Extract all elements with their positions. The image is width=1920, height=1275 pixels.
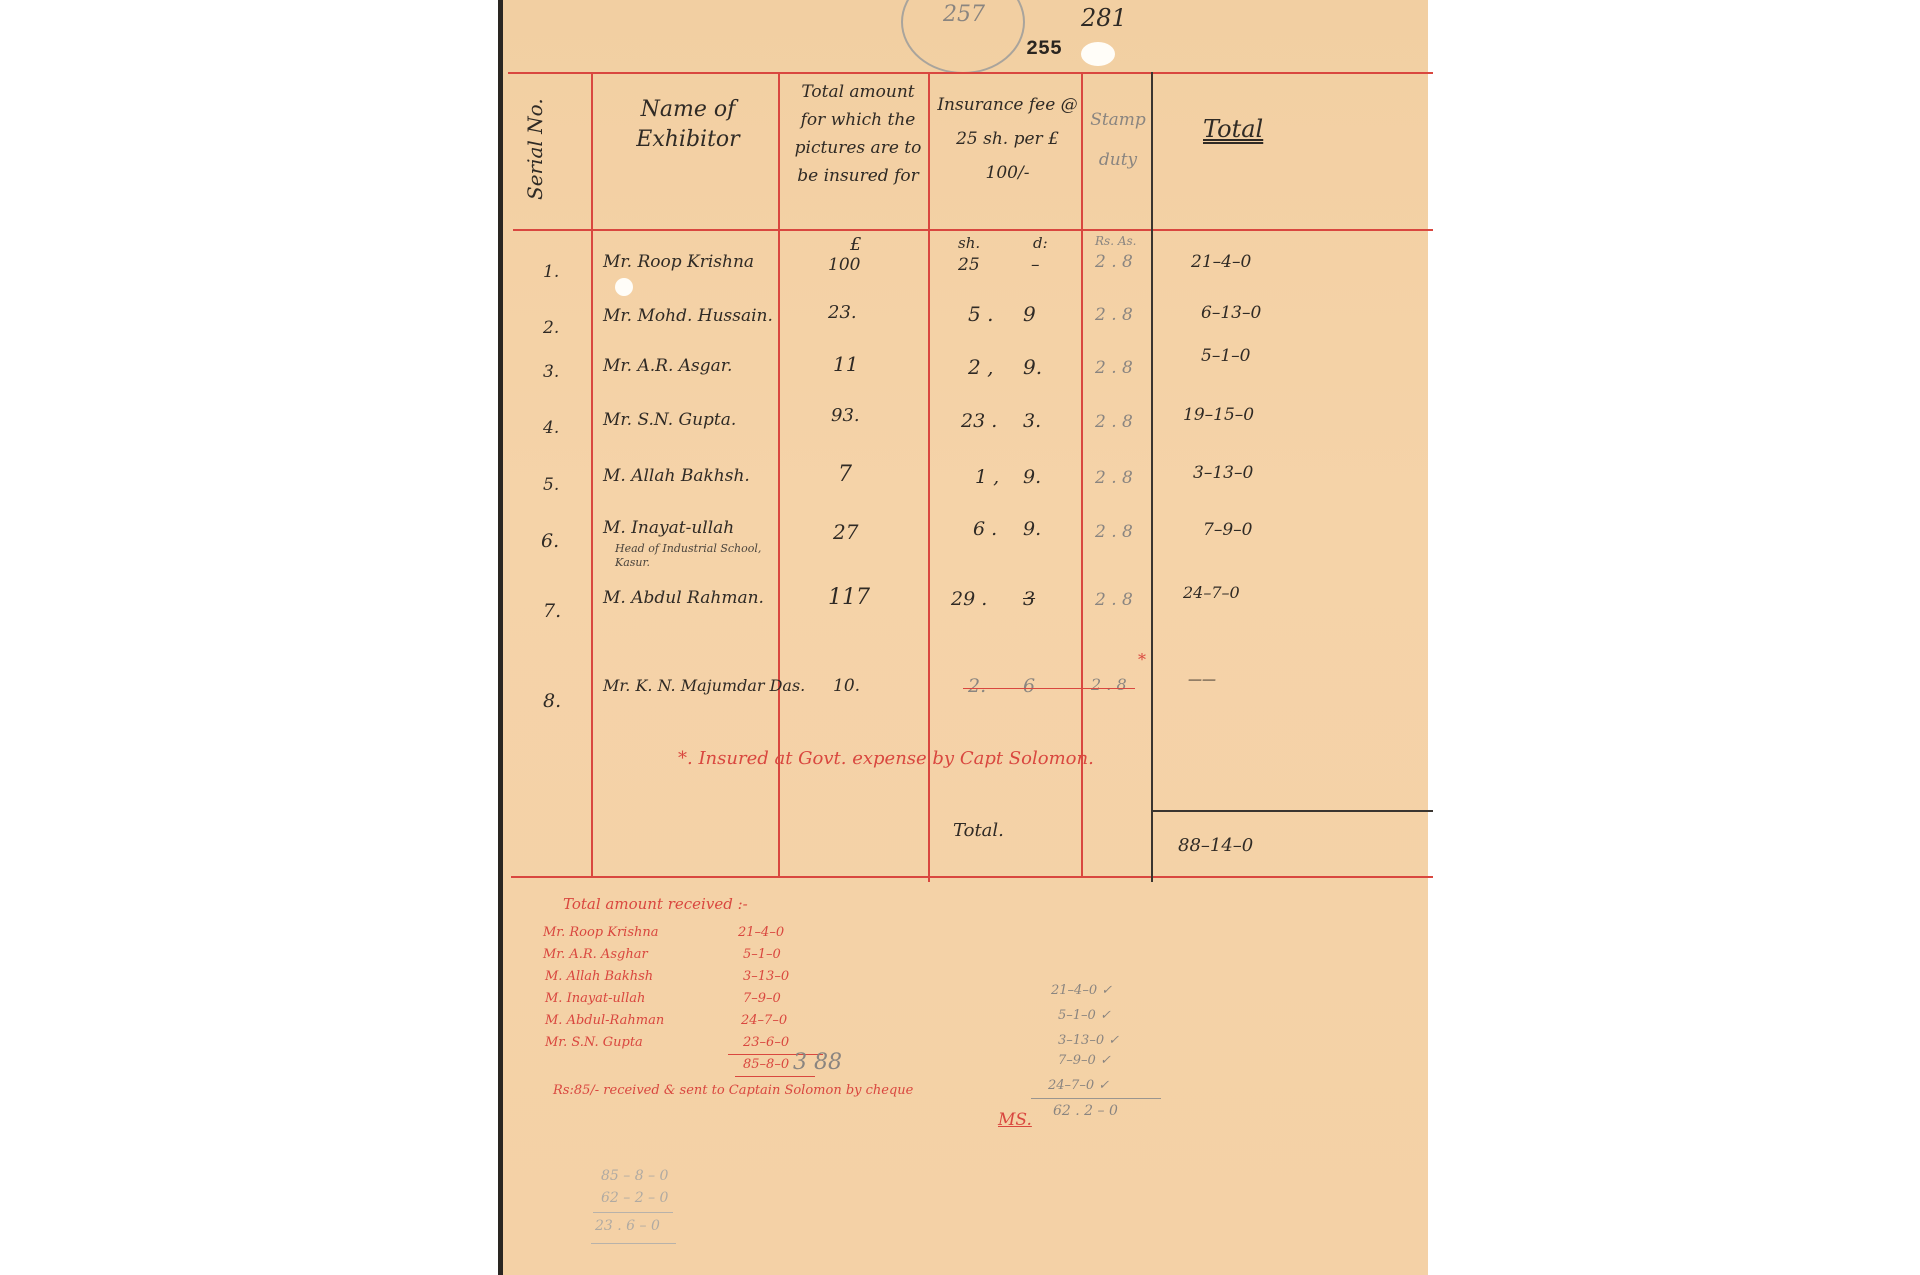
row-total: 3–13–0 [1193,463,1253,483]
row-stamp: 2 . 8 [1095,468,1133,488]
row-total: 6–13–0 [1201,303,1261,323]
row-fee-sh: 5 . [968,302,993,326]
row-serial: 4. [543,418,559,438]
row-stamp: 2 . 8 [1095,522,1133,542]
row-stamp: 2 . 8 [1095,412,1133,432]
row-amount: 117 [828,585,870,610]
document-page: 257 255 281 Serial No. Name of Exhibitor… [498,0,1428,1275]
row-amount: 7 [838,462,852,487]
row-name: Mr. S.N. Gupta. [603,410,736,430]
punch-hole-mid [615,278,633,296]
pencil-calc-line: 85 – 8 – 0 [601,1168,668,1184]
header-total: Total [1203,115,1263,143]
row-total: —— [1188,672,1216,688]
row-fee-d: 3. [1023,410,1041,432]
row-serial: 3. [543,362,559,382]
header-name: Name of Exhibitor [613,95,763,155]
row-amount: 93. [831,405,860,426]
row-fee-d: 9. [1023,518,1041,540]
row-name: M. Allah Bakhsh. [603,466,750,486]
row-amount: 27 [833,520,858,544]
received-amount: 5–1–0 [743,947,781,962]
row-fee-d: 9. [1023,355,1042,379]
row-fee-d: 3 [1023,588,1035,610]
received-name: Mr. A.R. Asghar [543,947,648,962]
row-total: 5–1–0 [1201,346,1250,366]
total-label: Total. [953,820,1004,841]
header-fee: Insurance fee @ 25 sh. per £ 100/- [935,88,1080,190]
pencil-check-item: 7–9–0 ✓ [1058,1053,1111,1068]
row-stamp: 2 . 8 [1095,590,1133,610]
row-fee-d: 9 [1023,302,1036,326]
pencil-calc-rule [593,1212,673,1213]
header-serial: Serial No. [523,80,547,200]
unit-fee-d: d: [1033,234,1048,252]
pencil-check-sum: 62 . 2 – 0 [1053,1103,1118,1119]
pencil-check-item: 3–13–0 ✓ [1058,1033,1119,1048]
received-sum-underline [735,1076,815,1077]
row-serial: 2. [543,318,559,338]
row-total: 7–9–0 [1203,520,1252,540]
initials: MS. [998,1110,1032,1130]
received-name: M. Abdul-Rahman [545,1013,664,1028]
asterisk-mark: * [1138,650,1146,669]
row-fee-d: 9. [1023,466,1041,488]
pencil-check-item: 24–7–0 ✓ [1048,1078,1109,1093]
row-fee-sh: 23 . [961,410,997,432]
row-amount: 11 [833,352,858,376]
received-note: Rs:85/- received & sent to Captain Solom… [553,1083,913,1098]
received-title: Total amount received :- [563,895,748,913]
row-note: Head of Industrial School, Kasur. [615,542,765,570]
col-divider-serial [591,72,593,876]
footnote-insured: *. Insured at Govt. expense by Capt Solo… [678,748,1094,769]
punch-hole-top [1081,42,1115,66]
received-amount: 7–9–0 [743,991,781,1006]
row-fee-sh: 1 , [975,466,999,488]
row-stamp: 2 . 8 [1095,252,1133,272]
pencil-correction: 3 88 [793,1050,842,1075]
row-total: 24–7–0 [1183,583,1240,602]
row-serial: 6. [541,530,559,552]
received-name: Mr. Roop Krishna [543,925,659,940]
col-divider-stamp [1151,72,1153,882]
row-fee-sh: 29 . [951,588,987,610]
table-top-rule [508,72,1433,74]
row-fee-sh: 2 , [968,355,993,379]
received-amount: 21–4–0 [738,925,784,940]
row-total: 21–4–0 [1191,252,1251,272]
row-serial: 7. [543,600,561,622]
received-name: M. Allah Bakhsh [545,969,653,984]
received-amount: 23–6–0 [743,1035,789,1050]
row-amount: 10. [833,676,860,696]
row-amount: 100 [828,255,860,275]
row-name: Mr. Mohd. Hussain. [603,306,773,326]
pencil-calc-line: 62 – 2 – 0 [601,1190,668,1206]
header-amount: Total amount for which the pictures are … [788,78,928,190]
grand-total: 88–14–0 [1178,835,1253,856]
row-serial: 5. [543,475,559,495]
circle-mark-text: 257 [943,2,985,27]
row-name: M. Abdul Rahman. [603,588,764,608]
row-fee-d: – [1031,255,1040,275]
row-stamp: 2 . 8 [1095,305,1133,325]
unit-amount: £ [850,234,861,255]
row-fee-sh: 6 . [973,518,997,540]
row-fee-sh: 2. [968,675,986,697]
unit-fee-sh: sh. [958,234,980,252]
stamp-page-number: 255 [1026,38,1062,61]
row-amount: 23. [828,302,857,323]
total-rule [1151,810,1433,812]
row-serial: 8. [543,690,561,712]
received-name: M. Inayat-ullah [545,991,645,1006]
pencil-check-rule [1031,1098,1161,1099]
pencil-calc-result: 23 . 6 – 0 [595,1218,660,1234]
received-name: Mr. S.N. Gupta [545,1035,643,1050]
header-bottom-rule [513,229,1433,231]
row-stamp: 2 . 8 [1091,675,1127,694]
row-fee-d: 6 [1023,675,1035,697]
row-fee-sh: 25 [958,255,980,275]
table-bottom-rule [511,876,1433,878]
row-total: 19–15–0 [1183,405,1254,425]
row-stamp: 2 . 8 [1095,358,1133,378]
unit-stamp: Rs. As. [1095,234,1136,248]
received-amount: 3–13–0 [743,969,789,984]
row-name: Mr. A.R. Asgar. [603,356,732,376]
received-sum: 85–8–0 [743,1057,789,1072]
pencil-calc-underline [591,1243,676,1244]
row-serial: 1. [543,262,559,282]
row-strike-line [963,688,1135,689]
pencil-check-item: 21–4–0 ✓ [1051,983,1112,998]
pencil-folio-number: 281 [1081,4,1127,32]
row-name: Mr. Roop Krishna [603,252,754,272]
header-stamp: Stamp duty [1087,100,1149,180]
received-amount: 24–7–0 [741,1013,787,1028]
pencil-check-item: 5–1–0 ✓ [1058,1008,1111,1023]
row-name: Mr. K. N. Majumdar Das. [603,676,805,695]
row-name: M. Inayat-ullah [603,518,734,538]
